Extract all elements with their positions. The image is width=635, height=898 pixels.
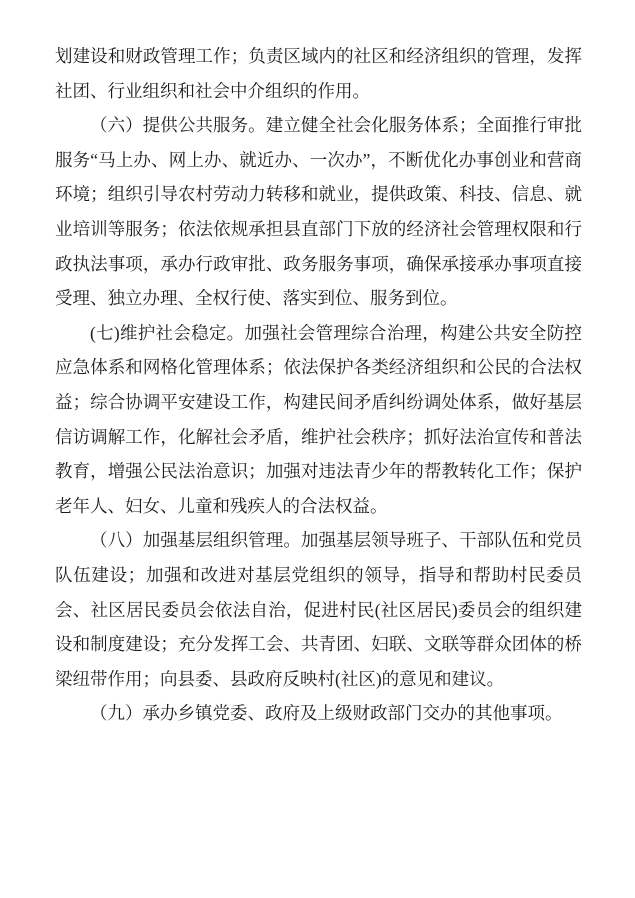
paragraph-continuation: 划建设和财政管理工作；负责区域内的社区和经济组织的管理，发挥社团、行业组织和社会… xyxy=(55,39,582,108)
paragraph-item-8: （八）加强基层组织管理。加强基层领导班子、干部队伍和党员队伍建设；加强和改进对基… xyxy=(55,523,582,696)
document-text-block: 划建设和财政管理工作；负责区域内的社区和经济组织的管理，发挥社团、行业组织和社会… xyxy=(55,39,582,731)
paragraph-item-6: （六）提供公共服务。建立健全社会化服务体系；全面推行审批服务“马上办、网上办、就… xyxy=(55,108,582,316)
paragraph-item-7: (七)维护社会稳定。加强社会管理综合治理，构建公共安全防控应急体系和网格化管理体… xyxy=(55,316,582,524)
paragraph-item-9: （九）承办乡镇党委、政府及上级财政部门交办的其他事项。 xyxy=(55,696,582,731)
document-page: 划建设和财政管理工作；负责区域内的社区和经济组织的管理，发挥社团、行业组织和社会… xyxy=(0,0,635,898)
